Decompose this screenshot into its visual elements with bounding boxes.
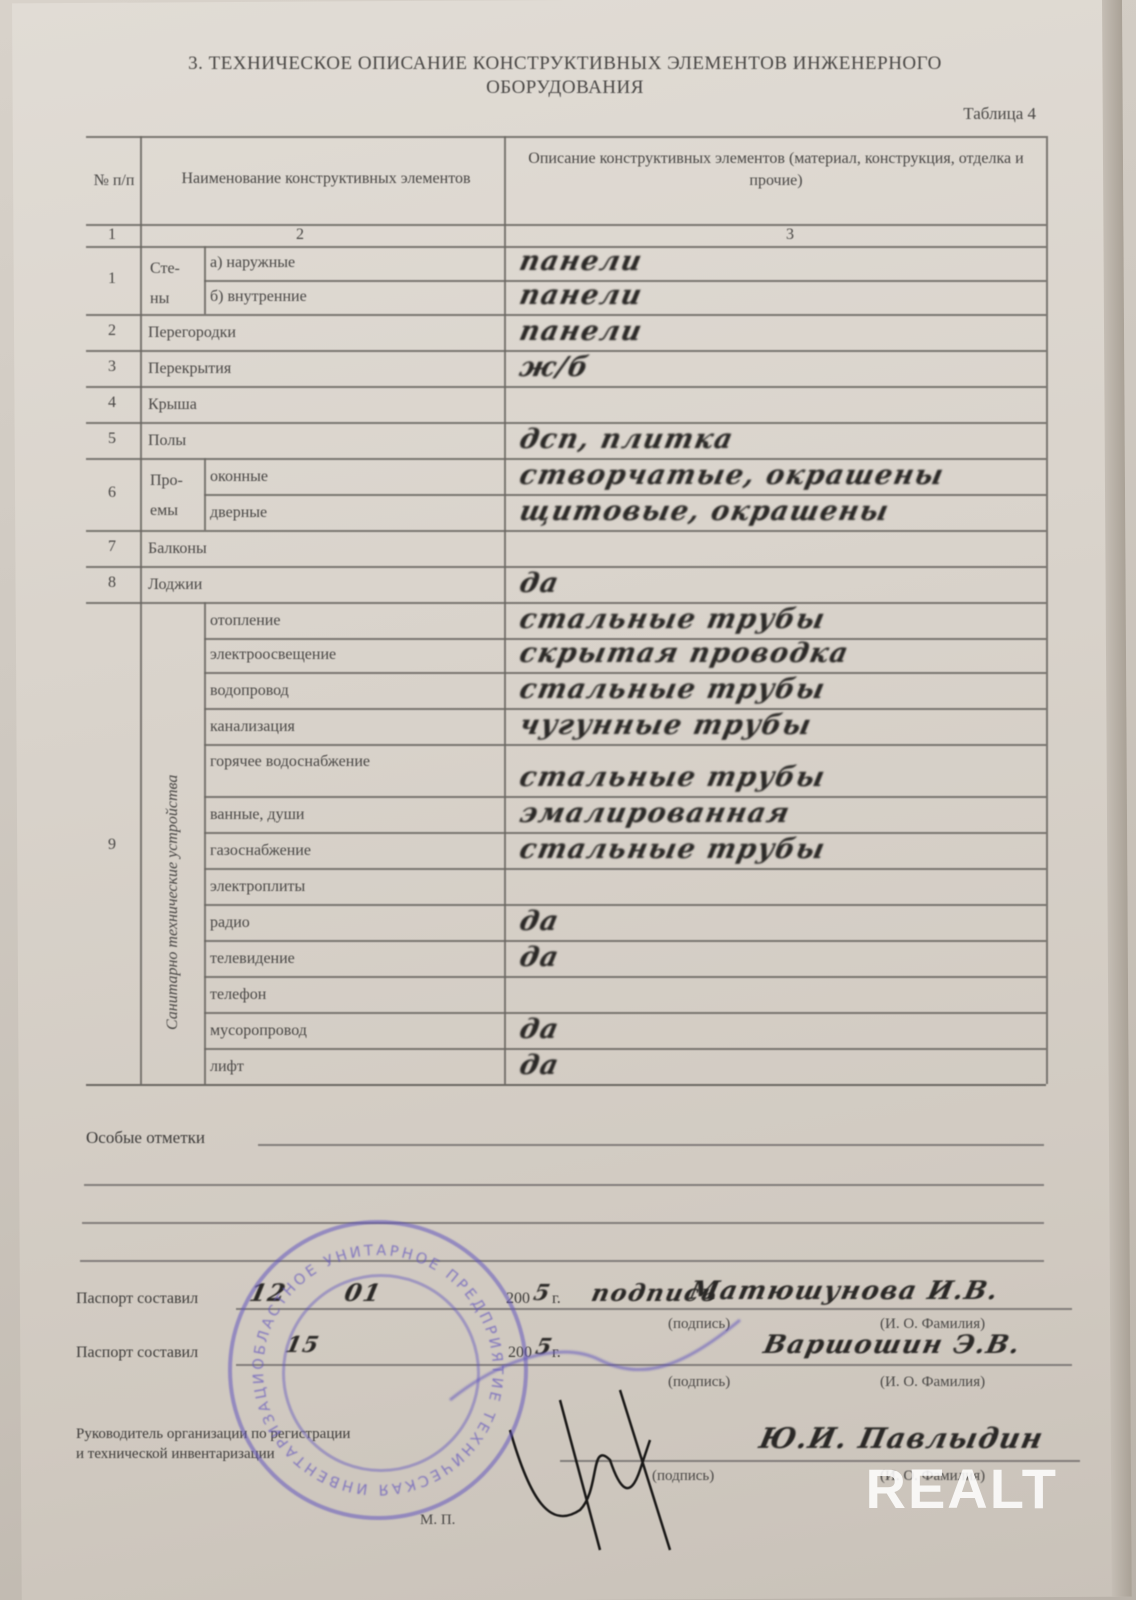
- row-border: [204, 744, 1046, 746]
- row-name: Полы: [148, 432, 186, 450]
- group-label-openings: Про- емы: [150, 466, 194, 526]
- row-name: водопровод: [210, 682, 289, 700]
- header-name: Наименование конструктивных элементов: [156, 168, 496, 190]
- row-number: 4: [108, 394, 116, 412]
- row-number: 5: [108, 430, 116, 448]
- notes-line-1: [258, 1144, 1044, 1146]
- row-name: газоснабжение: [210, 842, 311, 860]
- table-right-border: [1046, 136, 1048, 1084]
- row-border: [204, 940, 1046, 942]
- compiled-by-label-2: Паспорт составил: [76, 1344, 198, 1362]
- row-value: дсп, плитка: [517, 424, 737, 455]
- row-number: 9: [108, 836, 116, 854]
- row-value: панели: [517, 316, 646, 347]
- column-number-2: 2: [296, 226, 304, 244]
- notes-line-3: [82, 1222, 1044, 1224]
- row-name: лифт: [210, 1058, 244, 1076]
- group-label-walls: Сте- ны: [150, 254, 194, 314]
- row-border: [204, 976, 1046, 978]
- elements-table: № п/пНаименование конструктивных элемент…: [86, 136, 1046, 1111]
- row-number: 1: [108, 270, 116, 288]
- notes-line-4: [80, 1260, 1044, 1262]
- row-name: а) наружные: [210, 254, 295, 272]
- row-name: б) внутренние: [210, 288, 307, 306]
- row-number: 3: [108, 358, 116, 376]
- row-value: эмалированная: [517, 798, 794, 829]
- table-bottom-border: [86, 1084, 1046, 1086]
- title-line-2: ОБОРУДОВАНИЯ: [100, 76, 1030, 100]
- table-top-border: [86, 136, 1046, 138]
- row-value: да: [517, 942, 563, 973]
- row-name: Балконы: [148, 540, 207, 558]
- row-name: отопление: [210, 612, 280, 630]
- row-name: электроплиты: [210, 878, 305, 896]
- row-name: горячее водоснабжение: [210, 750, 410, 774]
- blue-ink-signature: [440, 1300, 760, 1420]
- compiled-by-label-1: Паспорт составил: [76, 1290, 198, 1308]
- compiled-name-2: Варшошин Э.В.: [761, 1330, 1024, 1360]
- row-border: [204, 868, 1046, 870]
- row-value: створчатые, окрашены: [517, 460, 948, 491]
- row-name: оконные: [210, 468, 268, 486]
- notes-line-2: [84, 1184, 1044, 1186]
- row-value: ж/б: [517, 352, 593, 383]
- row-name: электроосвещение: [210, 646, 336, 664]
- row-value: щитовые, окрашены: [517, 496, 893, 527]
- document-title: 3. ТЕХНИЧЕСКОЕ ОПИСАНИЕ КОНСТРУКТИВНЫХ Э…: [100, 52, 1030, 100]
- row-name: Перекрытия: [148, 360, 231, 378]
- header-bottom-border: [86, 224, 1046, 226]
- group-label-sanitary: Санитарно технические устройства: [164, 775, 182, 1030]
- row-name: телевидение: [210, 950, 295, 968]
- realt-watermark: REALT: [866, 1456, 1059, 1521]
- row-value: да: [517, 1014, 563, 1045]
- row-value: да: [517, 568, 563, 599]
- row-name: телефон: [210, 986, 266, 1004]
- row-name: дверные: [210, 504, 267, 522]
- row-value: панели: [517, 246, 646, 277]
- row-value: да: [517, 906, 563, 937]
- row-number: 6: [108, 484, 116, 502]
- row-border: [86, 530, 1046, 532]
- row-name: радио: [210, 914, 250, 932]
- row-number: 8: [108, 574, 116, 592]
- title-line-1: 3. ТЕХНИЧЕСКОЕ ОПИСАНИЕ КОНСТРУКТИВНЫХ Э…: [100, 52, 1030, 76]
- notes-label: Особые отметки: [86, 1128, 205, 1148]
- header-num: № п/п: [90, 170, 138, 192]
- row-name: канализация: [210, 718, 295, 736]
- row-name: мусоропровод: [210, 1022, 307, 1040]
- row-border: [204, 1012, 1046, 1014]
- row-value: стальные трубы: [517, 834, 829, 865]
- row-number: 7: [108, 538, 116, 556]
- col-divider-num: [140, 136, 142, 1084]
- row-border: [204, 1048, 1046, 1050]
- row-border: [86, 566, 1046, 568]
- row-name: Лоджии: [148, 576, 202, 594]
- column-number-3: 3: [786, 226, 794, 244]
- row-value: скрытая проводка: [517, 638, 852, 669]
- row-value: чугунные трубы: [517, 710, 815, 741]
- row-border: [86, 386, 1046, 388]
- row-value: да: [517, 1050, 563, 1081]
- caption-name-2: (И. О. Фамилия): [880, 1374, 985, 1391]
- paper-edge: [1102, 0, 1132, 1597]
- table-label: Таблица 4: [963, 104, 1036, 124]
- row-name: Крыша: [148, 396, 197, 414]
- row-value: панели: [517, 280, 646, 311]
- row-value: стальные трубы: [517, 762, 829, 793]
- row-value: стальные трубы: [517, 604, 829, 635]
- row-number: 2: [108, 322, 116, 340]
- column-number-1: 1: [108, 226, 116, 244]
- head-name: Ю.И. Павлыдин: [756, 1422, 1046, 1455]
- header-description: Описание конструктивных элементов (матер…: [526, 148, 1026, 192]
- row-value: стальные трубы: [517, 674, 829, 705]
- row-name: ванные, души: [210, 806, 304, 824]
- row-name: Перегородки: [148, 324, 236, 342]
- row-border: [204, 904, 1046, 906]
